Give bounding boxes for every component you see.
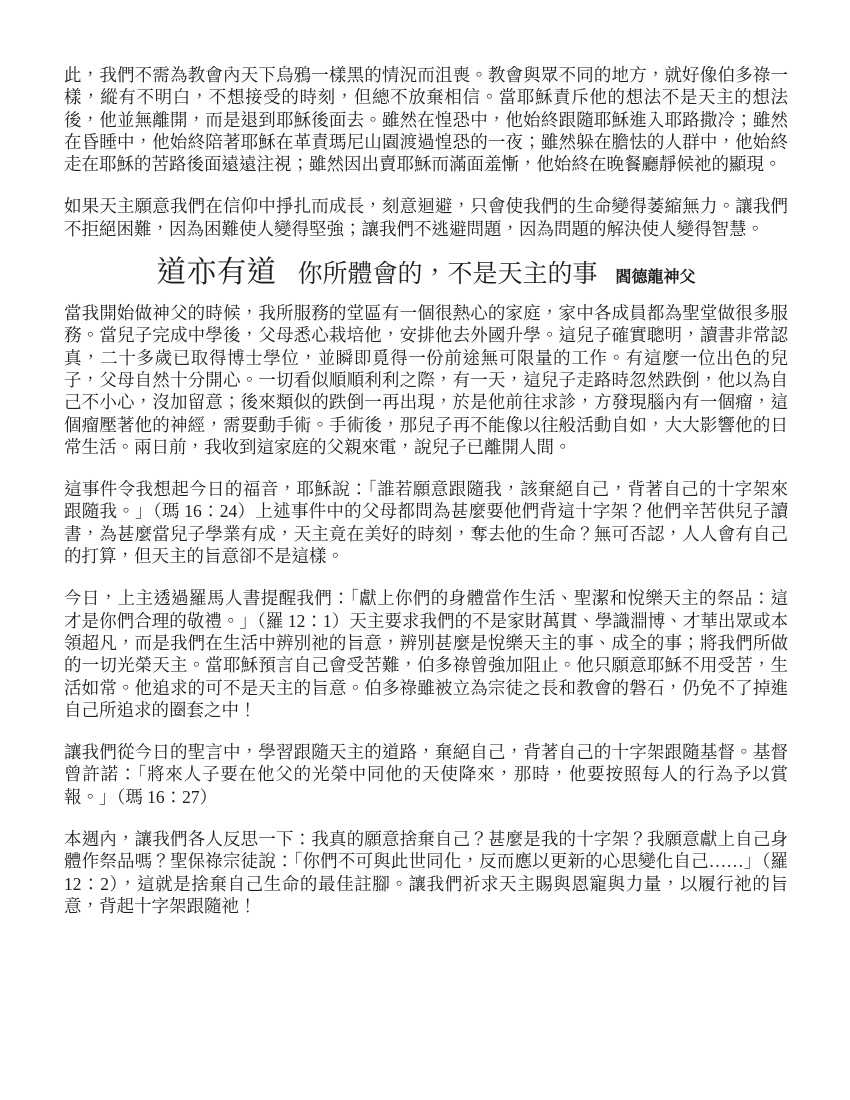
- article-subtitle: 你所體會的，不是天主的事: [297, 261, 597, 288]
- body-paragraph-2: 這事件令我想起今日的福音，耶穌說：「誰若願意跟隨我，該棄絕自己，背著自己的十字架…: [64, 478, 788, 567]
- document-page: 此，我們不需為教會內天下烏鴉一樣黑的情況而沮喪。教會與眾不同的地方，就好像伯多祿…: [0, 0, 850, 1100]
- body-paragraph-1: 當我開始做神父的時候，我所服務的堂區有一個很熱心的家庭，家中各成員都為聖堂做很多…: [64, 302, 788, 458]
- body-paragraph-5: 本週內，讓我們各人反思一下：我真的願意捨棄自己？甚麼是我的十字架？我願意獻上自己…: [64, 828, 788, 917]
- intro-paragraph-2: 如果天主願意我們在信仰中掙扎而成長，刻意迴避，只會使我們的生命變得萎縮無力。讓我…: [64, 195, 788, 240]
- article-title: 道亦有道 你所體會的，不是天主的事 閻德龍神父: [64, 253, 788, 296]
- body-paragraph-4: 讓我們從今日的聖言中，學習跟隨天主的道路，棄絕自己，背著自己的十字架跟隨基督。基…: [64, 741, 788, 808]
- column-title: 道亦有道: [156, 256, 276, 289]
- body-paragraph-3: 今日，上主透過羅馬人書提醒我們：「獻上你們的身體當作生活、聖潔和悅樂天主的祭品：…: [64, 587, 788, 721]
- author-name: 閻德龍神父: [616, 269, 696, 286]
- intro-paragraph-1: 此，我們不需為教會內天下烏鴉一樣黑的情況而沮喪。教會與眾不同的地方，就好像伯多祿…: [64, 64, 788, 175]
